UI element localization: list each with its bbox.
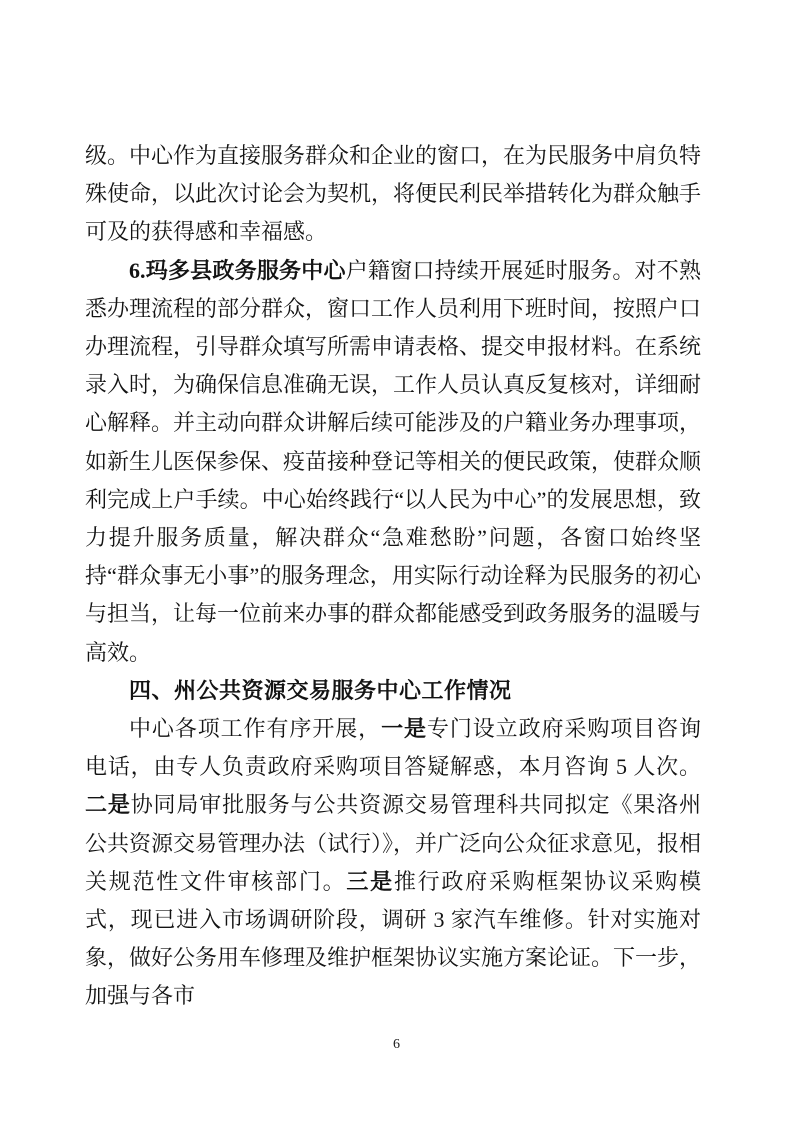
section-heading: 四、州公共资源交易服务中心工作情况 — [85, 672, 701, 710]
page-footer: 6 — [0, 1035, 793, 1053]
bold-text-run: 三是 — [346, 869, 394, 894]
text-run: 中心各项工作有序开展， — [129, 716, 381, 741]
bold-text-run: 6.玛多县政务服务中心 — [129, 258, 346, 283]
paragraph-continuation: 级。中心作为直接服务群众和企业的窗口，在为民服务中肩负特殊使命，以此次讨论会为契… — [85, 137, 701, 252]
text-run: 户籍窗口持续开展延时服务。对不熟悉办理流程的部分群众，窗口工作人员利用下班时间，… — [85, 258, 701, 665]
paragraph-section-overview: 中心各项工作有序开展，一是专门设立政府采购项目咨询电话，由专人负责政府采购项目答… — [85, 710, 701, 1016]
page-number: 6 — [393, 1037, 400, 1052]
bold-text-run: 二是 — [85, 792, 131, 817]
paragraph-item-6: 6.玛多县政务服务中心户籍窗口持续开展延时服务。对不熟悉办理流程的部分群众，窗口… — [85, 252, 701, 672]
document-page: 级。中心作为直接服务群众和企业的窗口，在为民服务中肩负特殊使命，以此次讨论会为契… — [0, 0, 793, 1122]
bold-text-run: 一是 — [381, 716, 427, 741]
bold-text-run: 四、州公共资源交易服务中心工作情况 — [129, 678, 512, 703]
document-content: 级。中心作为直接服务群众和企业的窗口，在为民服务中肩负特殊使命，以此次讨论会为契… — [85, 137, 701, 1016]
text-run: 级。中心作为直接服务群众和企业的窗口，在为民服务中肩负特殊使命，以此次讨论会为契… — [85, 143, 701, 244]
